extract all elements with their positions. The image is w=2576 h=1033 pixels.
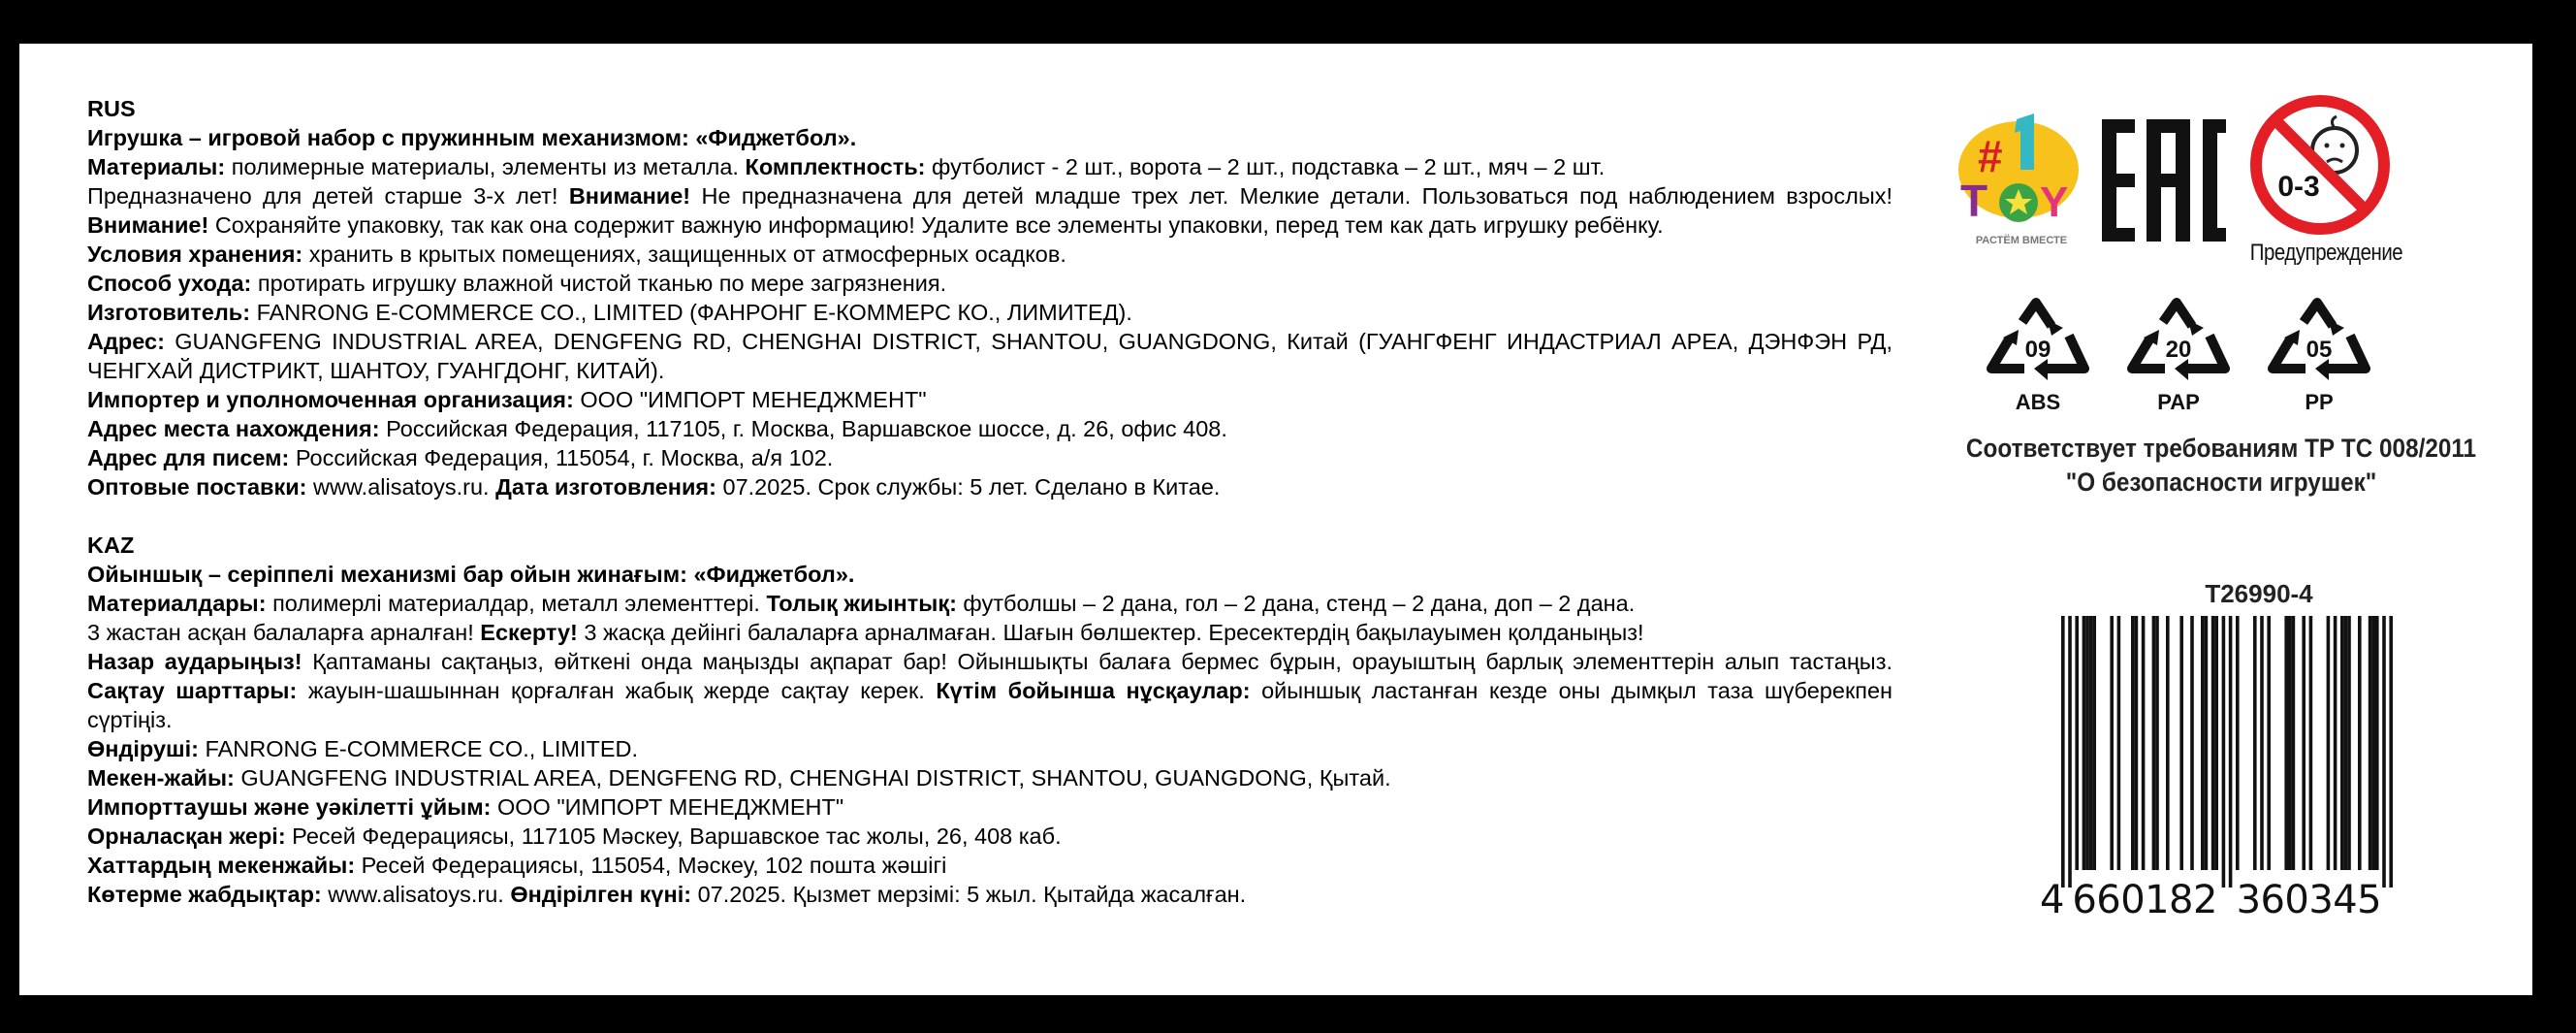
kaz-mail-address: Хаттардың мекенжайы: Ресей Федерациясы, … xyxy=(87,851,1892,880)
rus-manufacturer: Изготовитель: FANRONG E-COMMERCE CO., LI… xyxy=(87,298,1892,327)
svg-text:РАСТЁМ ВМЕСТЕ: РАСТЁМ ВМЕСТЕ xyxy=(1976,234,2067,246)
svg-text:Y: Y xyxy=(2040,178,2068,226)
svg-text:20: 20 xyxy=(2166,337,2192,363)
rus-wholesale: Оптовые поставки: www.alisatoys.ru. Дата… xyxy=(87,472,1892,501)
recycle-triangle-icon: 20 xyxy=(2120,293,2237,390)
kaz-importer: Импорттаушы және уәкілетті ұйым: ООО "ИМ… xyxy=(87,792,1892,822)
svg-text:05: 05 xyxy=(2306,337,2333,363)
recycle-triangle-icon: 09 xyxy=(1980,293,2096,390)
rus-location: Адрес места нахождения: Российская Федер… xyxy=(87,414,1892,443)
svg-text:#: # xyxy=(1978,131,2003,181)
recycling-mark-pp: 05 PP xyxy=(2261,293,2377,419)
label-panel: RUS Игрушка – игровой набор с пружинным … xyxy=(19,44,2532,995)
rus-mail-address: Адрес для писем: Российская Федерация, 1… xyxy=(87,443,1892,472)
rus-importer: Импортер и уполномоченная организация: О… xyxy=(87,385,1892,414)
kaz-manufacturer: Өндіруші: FANRONG E-COMMERCE CO., LIMITE… xyxy=(87,734,1892,763)
kaz-attention: Назар аударыңыз! Қаптаманы сақтаңыз, өйт… xyxy=(87,647,1892,734)
recycling-mark-abs: 09 ABS xyxy=(1980,293,2096,419)
age-warning: 0-3 Предупреждение xyxy=(2247,92,2393,267)
kaz-wholesale: Көтерме жабдықтар: www.alisatoys.ru. Өнд… xyxy=(87,880,1892,909)
marks-column: # T Y РАСТЁМ ВМЕСТЕ xyxy=(1891,44,2552,995)
rus-lang-heading: RUS xyxy=(87,94,1892,123)
svg-text:09: 09 xyxy=(2025,337,2051,363)
kaz-location: Орналасқан жері: Ресей Федерациясы, 1171… xyxy=(87,822,1892,851)
conformity-line-1: Соответствует требованиям ТР ТС 008/2011 xyxy=(1924,432,2519,466)
barcode-icon: 4660182360345 xyxy=(2028,612,2416,922)
rus-warnings: Предназначено для детей старше 3-х лет! … xyxy=(87,181,1892,240)
ean13-barcode: 4660182360345 xyxy=(2028,612,2416,922)
svg-text:4: 4 xyxy=(2040,878,2064,922)
text-column: RUS Игрушка – игровой набор с пружинным … xyxy=(87,94,1892,909)
kaz-product-title: Ойыншық – серіппелі механизмі бар ойын ж… xyxy=(87,560,1892,589)
kaz-age-warning: 3 жастан асқан балаларға арналған! Ескер… xyxy=(87,618,1892,647)
rus-storage: Условия хранения: хранить в крытых помещ… xyxy=(87,240,1892,269)
eac-icon xyxy=(2102,119,2226,242)
brand-logo: # T Y РАСТЁМ ВМЕСТЕ xyxy=(1949,102,2094,247)
conformity-line-2: "О безопасности игрушек" xyxy=(1924,466,2519,500)
recycling-label: PP xyxy=(2261,390,2377,415)
kaz-lang-heading: KAZ xyxy=(87,531,1892,560)
rus-address: Адрес: GUANGFENG INDUSTRIAL AREA, DENGFE… xyxy=(87,327,1892,385)
no-under-3-icon: 0-3 xyxy=(2247,92,2393,238)
rus-care: Способ ухода: протирать игрушку влажной … xyxy=(87,269,1892,298)
recycling-label: ABS xyxy=(1980,390,2096,415)
section-spacer xyxy=(87,501,1892,531)
svg-text:0-3: 0-3 xyxy=(2277,171,2319,203)
1toy-logo-icon: # T Y РАСТЁМ ВМЕСТЕ xyxy=(1949,102,2094,247)
age-warning-label: Предупреждение xyxy=(2250,240,2391,267)
rus-product-title: Игрушка – игровой набор с пружинным меха… xyxy=(87,123,1892,152)
svg-text:T: T xyxy=(1960,176,1988,226)
eac-mark xyxy=(2102,119,2226,242)
kaz-materials: Материалдары: полимерлі материалдар, мет… xyxy=(87,589,1892,618)
svg-text:660182: 660182 xyxy=(2072,878,2217,922)
svg-text:360345: 360345 xyxy=(2237,878,2382,922)
kaz-address: Мекен-жайы: GUANGFENG INDUSTRIAL AREA, D… xyxy=(87,763,1892,792)
rus-materials: Материалы: полимерные материалы, элемент… xyxy=(87,152,1892,181)
recycle-triangle-icon: 05 xyxy=(2261,293,2377,390)
article-number: T26990-4 xyxy=(2084,579,2433,609)
recycling-label: PAP xyxy=(2120,390,2237,415)
recycling-mark-pap: 20 PAP xyxy=(2120,293,2237,419)
conformity-statement: Соответствует требованиям ТР ТС 008/2011… xyxy=(1924,432,2519,500)
